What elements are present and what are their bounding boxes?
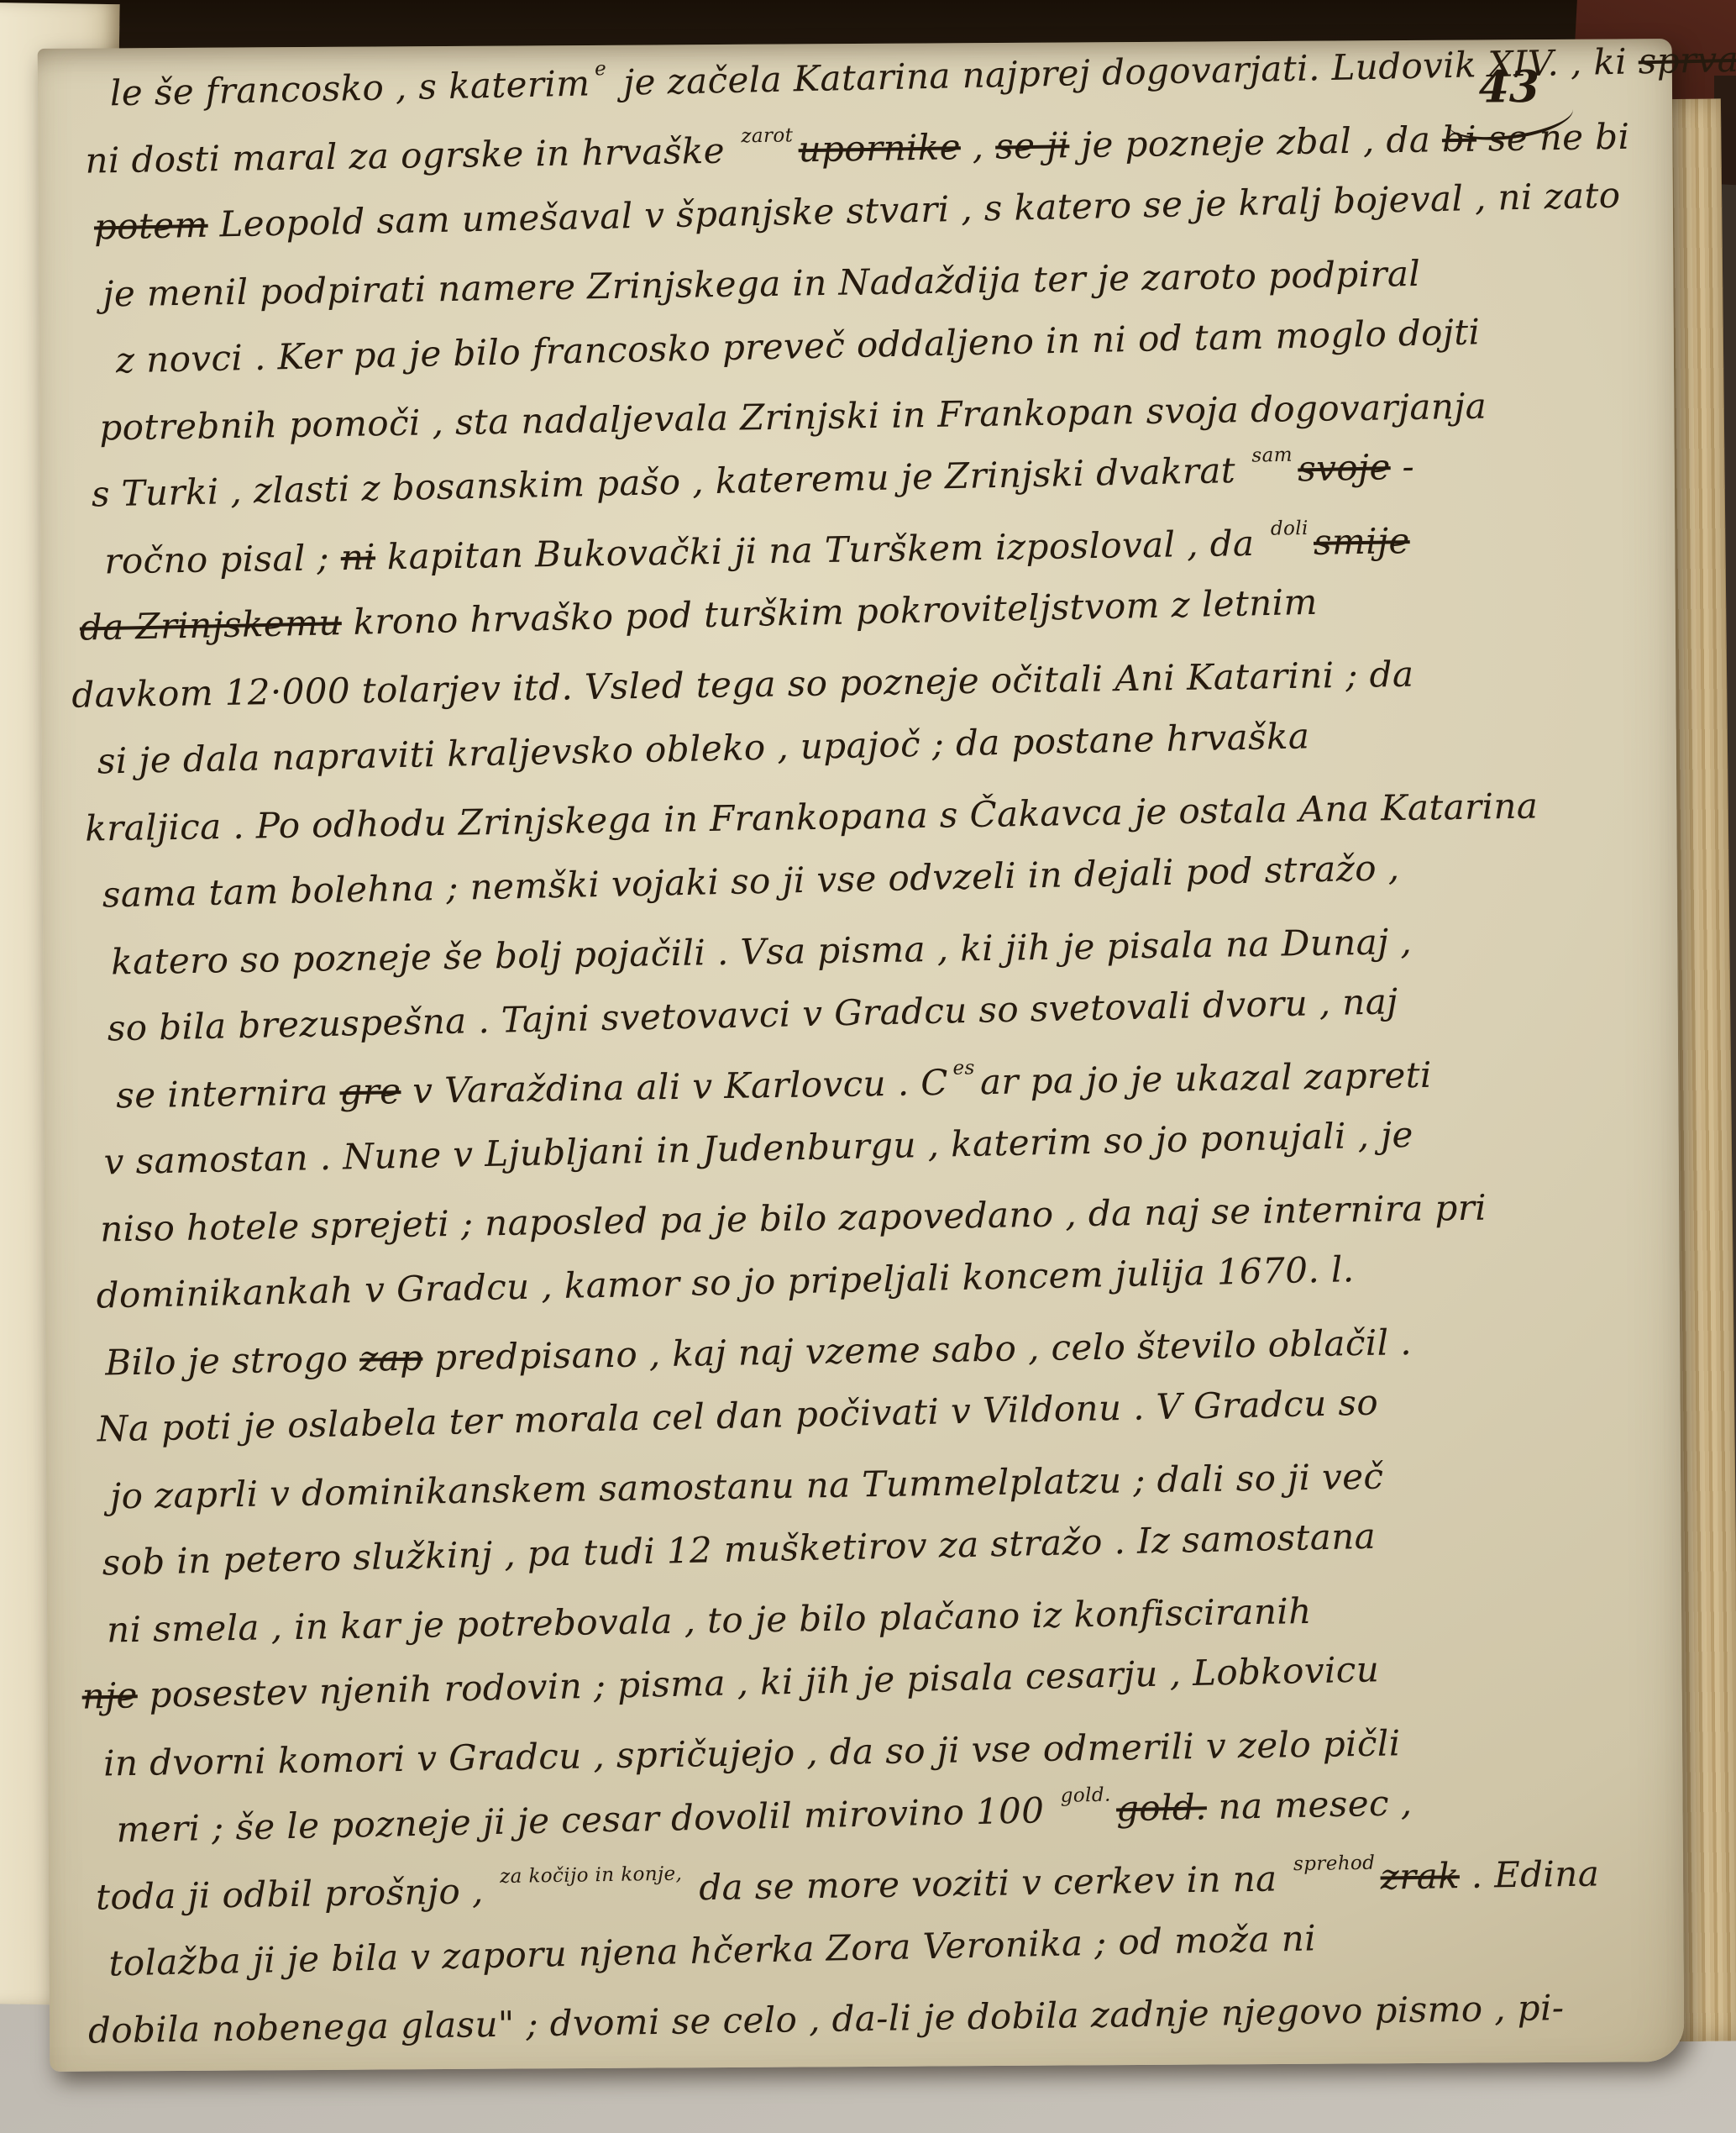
manuscript-segment-strike: svoje [1298, 446, 1391, 489]
manuscript-segment-sup: es [952, 1057, 975, 1079]
manuscript-segment: dominikankah v Gradcu , kamor so jo prip… [96, 1248, 1355, 1316]
manuscript-segment: s Turki , zlasti z bosanskim pašo , kate… [91, 449, 1247, 515]
manuscript-segment-strike: zap [359, 1337, 423, 1379]
manuscript-segment: v samostan . Nune v Ljubljani in Judenbu… [103, 1114, 1413, 1183]
manuscript-segment: , [960, 125, 995, 167]
manuscript-segment: ročno pisal ; [104, 537, 341, 581]
manuscript-segment: tolažba ji je bila v zaporu njena hčerka… [108, 1917, 1316, 1983]
manuscript-segment: . Edina [1459, 1852, 1599, 1896]
manuscript-segment-strike: ni [340, 536, 375, 578]
manuscript-segment: na mesec , [1206, 1782, 1412, 1827]
manuscript-segment: so bila brezuspešna . Tajni svetovavci v… [107, 980, 1398, 1048]
manuscript-segment: toda ji odbil prošnjo , [96, 1870, 496, 1917]
manuscript-segment: v Varaždina ali v Karlovcu . C [401, 1061, 948, 1111]
manuscript-segment: krono hrvaško pod turškim pokroviteljstv… [341, 581, 1318, 643]
manuscript-segment-strike: smije [1314, 520, 1410, 563]
manuscript-segment-sup: e [595, 58, 607, 80]
manuscript-segment: si je dala napraviti kraljevsko obleko ,… [97, 715, 1309, 781]
manuscript-segment-strike: sprva [1638, 39, 1736, 81]
manuscript-segment: se ne bi [1476, 115, 1630, 159]
manuscript-segment-sup: sam [1251, 444, 1293, 467]
manuscript-segment-strike: bi [1442, 118, 1477, 160]
manuscript-segment-strike: se ji [995, 124, 1070, 166]
manuscript-segment: kapitan Bukovački ji na Turškem izposlov… [375, 522, 1267, 577]
manuscript-segment: ni dosti maral za ogrske in hrvaške [85, 129, 737, 181]
manuscript-segment: je pozneje zbal , da [1069, 118, 1442, 165]
manuscript-segment-sup: zarot [741, 124, 793, 147]
manuscript-segment-strike: gre [339, 1070, 401, 1112]
manuscript-segment-sup: sprehod [1293, 1852, 1376, 1875]
manuscript-segment-strike: gold. [1116, 1786, 1208, 1829]
manuscript-segment: - [1390, 446, 1414, 488]
manuscript-segment: meri ; še le pozneje ji je cesar dovolil… [116, 1789, 1057, 1850]
manuscript-segment: je začela Katarina najprej dogovarjati. … [611, 40, 1639, 103]
manuscript-segment: ar pa jo je ukazal zapreti [980, 1053, 1433, 1101]
manuscript-segment-strike: potem [93, 204, 208, 248]
manuscript-segment-strike: da Zrinjskemu [79, 602, 342, 649]
manuscript-segment: sama tam bolehna ; nemški vojaki so ji v… [102, 847, 1400, 915]
manuscript-segment: da se more voziti v cerkev in na [687, 1857, 1288, 1908]
manuscript-segment-sup: gold. [1060, 1784, 1111, 1807]
manuscript-segment-strike: zrak [1380, 1855, 1460, 1897]
manuscript-segment: dobila nobenega glasu" ; dvomi se celo ,… [88, 1987, 1565, 2052]
manuscript-segment-strike: upornike [798, 126, 961, 170]
manuscript-page: 43 le še francosko , s katerime je začel… [38, 39, 1685, 2072]
manuscript-photo: 43 le še francosko , s katerime je začel… [0, 0, 1736, 2133]
manuscript-text-block: le še francosko , s katerime je začela K… [85, 50, 1655, 2063]
manuscript-segment: predpisano , kaj naj vzeme sabo , celo š… [422, 1321, 1412, 1378]
manuscript-segment: sob in petero služkinj , pa tudi 12 mušk… [102, 1516, 1376, 1584]
manuscript-segment: Bilo je strogo [105, 1337, 360, 1383]
manuscript-segment-strike: nje [81, 1674, 138, 1716]
manuscript-segment: se internira [116, 1071, 340, 1116]
manuscript-segment-sup: za kočijo in konje, [500, 1862, 683, 1887]
manuscript-segment: Na poti je oslabela ter morala cel dan p… [97, 1382, 1378, 1450]
manuscript-segment: le še francosko , s katerim [109, 62, 590, 113]
manuscript-segment-sup: doli [1271, 517, 1309, 539]
manuscript-segment: posestev njenih rodovin ; pisma , ki jih… [137, 1648, 1379, 1715]
